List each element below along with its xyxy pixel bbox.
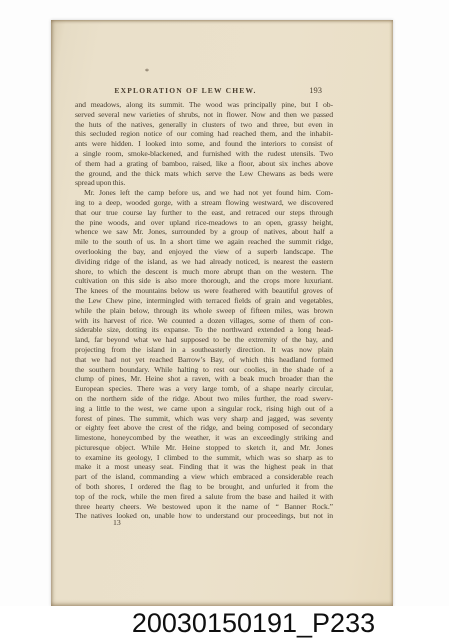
body-text-line: cultivation on this side is also more th… [75,276,333,286]
printers-mark: * [145,67,149,76]
body-text-line: that our true course lay further to the … [75,208,333,218]
body-text-line: this secluded region notice of our comin… [75,129,333,139]
body-text-line: ants were hidden. I looked into some, an… [75,139,333,149]
signature-mark: 13 [113,518,121,527]
page-number: 193 [75,85,322,95]
body-text-line: clump of pines, Mr. Heine shot a raven, … [75,374,333,384]
body-text-line: spread upon this. [75,178,333,188]
body-text-line: overlooking the bay, and enjoyed the vie… [75,247,333,257]
body-text: and meadows, along its summit. The wood … [75,100,333,521]
body-text-line: of both shores, I ordered the flag to be… [75,482,333,492]
body-text-line: three hearty cheers. We bestowed upon it… [75,502,333,512]
body-text-line: with its harvest of rice. We counted a d… [75,316,333,326]
body-text-line: shore, to which the descent is much more… [75,267,333,277]
body-text-line: and meadows, along its summit. The wood … [75,100,333,110]
body-text-line: a single room, smoke-blackened, and furn… [75,149,333,159]
body-text-line: siderable size, dotting its expanse. To … [75,325,333,335]
body-text-line: the Lew Chew pine, intermingled with ter… [75,296,333,306]
body-text-line: dividing ridge of the island, as we had … [75,257,333,267]
body-text-line: the huts of the natives, generally in cl… [75,120,333,130]
body-text-line: to examine its geology, I climbed to the… [75,453,333,463]
archive-label: 20030150191_P233 [132,608,375,639]
body-text-line: served several new varieties of shrubs, … [75,110,333,120]
archive-label-strip: 20030150191_P233 [0,606,449,640]
body-text-line: picturesque object. While Mr. Heine stop… [75,443,333,453]
body-text-line: make it a most uneasy seat. Finding that… [75,462,333,472]
body-text-line: part of the island, commanding a view wh… [75,472,333,482]
body-text-line: of them had a grating of bamboo, raised,… [75,159,333,169]
body-text-line: projecting from the island in a southeas… [75,345,333,355]
body-text-line: the ground, and the thick mats which ser… [75,169,333,179]
body-text-line: ing to a deep, wooded gorge, with a stre… [75,198,333,208]
body-text-line: or eighty feet above the crest of the ri… [75,423,333,433]
body-text-line: land, far beyond what we had supposed to… [75,335,333,345]
body-text-line: whence we saw Mr. Jones, surrounded by a… [75,227,333,237]
body-text-line: that we had not yet reached Barrow’s Bay… [75,355,333,365]
body-text-line: forest of pines. The summit, which was v… [75,414,333,424]
scanned-page: * EXPLORATION OF LEW CHEW. 193 and meado… [51,20,393,606]
body-text-line: the pine woods, and over upland rice-mea… [75,218,333,228]
body-text-line: mile to the south of us. In a short time… [75,237,333,247]
body-text-line: the southern boundary. While halting to … [75,365,333,375]
body-text-line: European species. There was a very large… [75,384,333,394]
body-text-line: top of the rock, while the men fired a s… [75,492,333,502]
body-text-line: limestone, honeycombed by the weather, i… [75,433,333,443]
body-text-line: The knees of the mountains below us were… [75,286,333,296]
body-text-line: ing a little to the west, we came upon a… [75,404,333,414]
screenshot-root: * EXPLORATION OF LEW CHEW. 193 and meado… [0,0,449,640]
body-text-line: while the plain below, through its whole… [75,306,333,316]
body-text-line: Mr. Jones left the camp before us, and w… [75,188,333,198]
body-text-line: on the northern side of the ridge. About… [75,394,333,404]
